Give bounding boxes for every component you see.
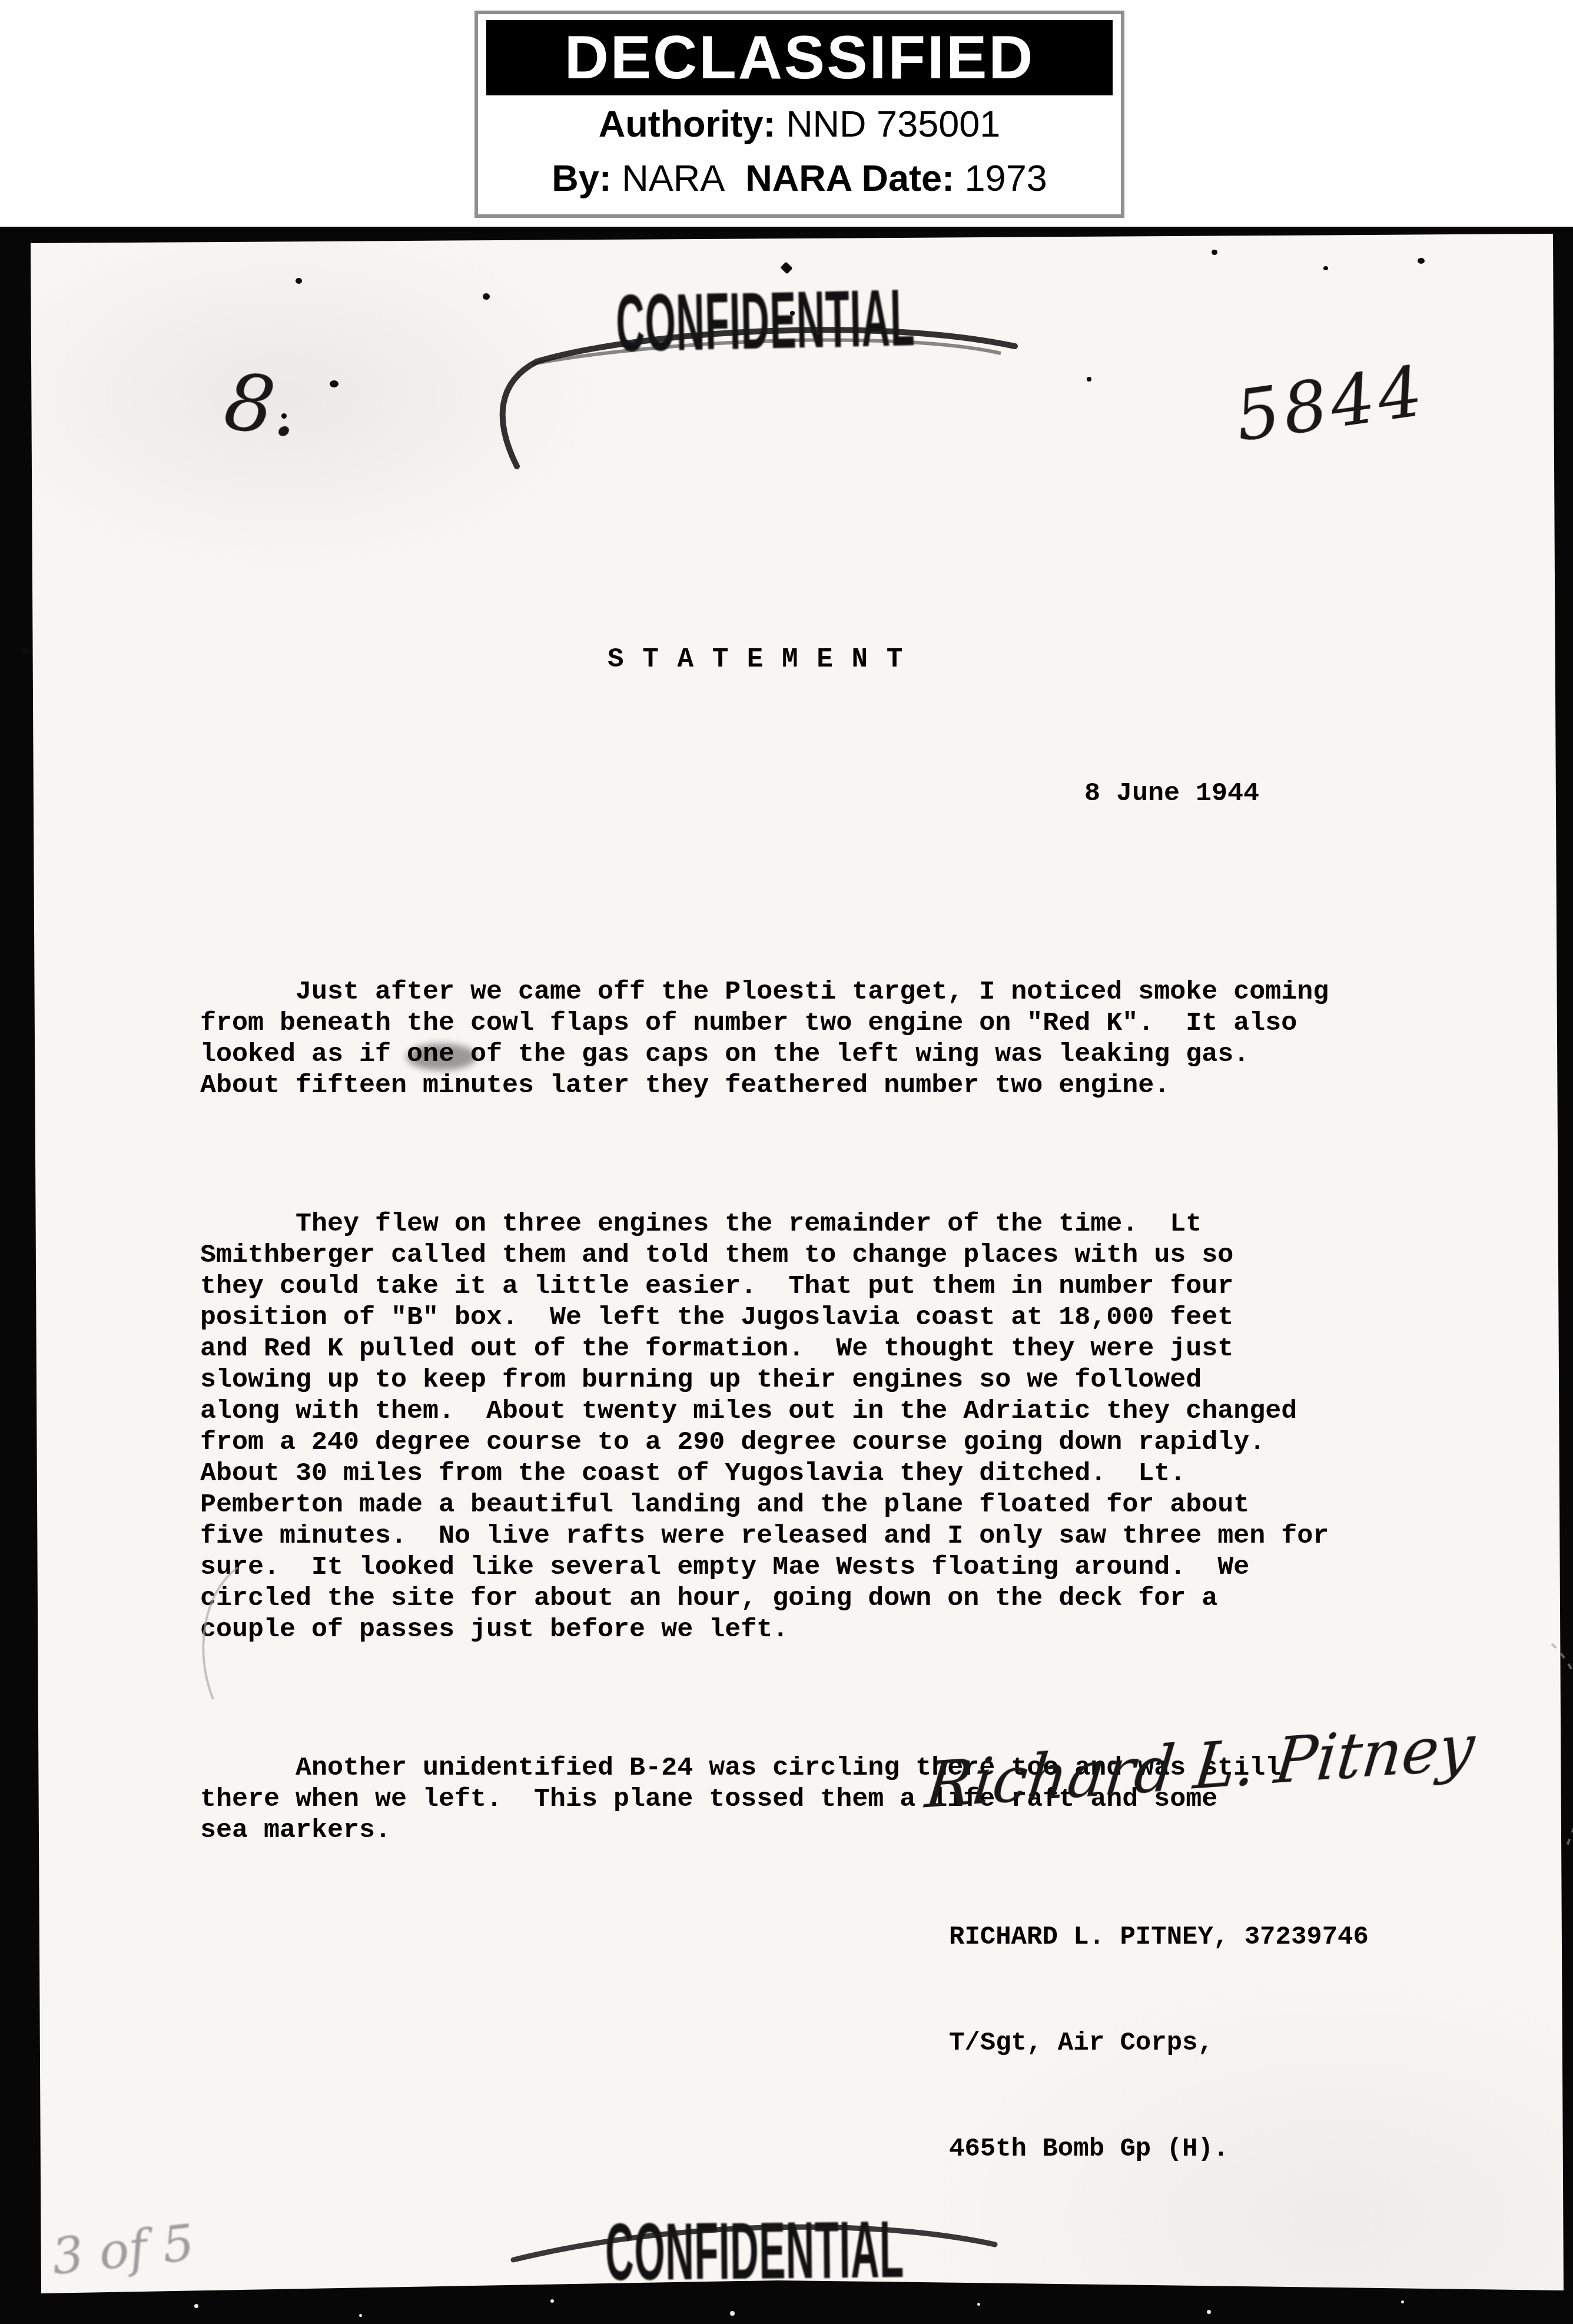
declassified-banner: DECLASSIFIED Authority: NND 735001 By: N…	[474, 11, 1124, 218]
authority-line: Authority: NND 735001	[486, 99, 1113, 150]
pencil-curve-left	[203, 1567, 238, 1699]
pencil-curve-right	[1552, 1644, 1573, 1845]
strike-line-top	[503, 330, 1015, 466]
authority-label: Authority:	[599, 104, 776, 145]
declassified-title: DECLASSIFIED	[486, 20, 1113, 95]
strike-line-bottom	[513, 2227, 995, 2260]
strike-line-top-echo	[533, 340, 1001, 364]
by-line: By: NARA NARA Date: 1973	[486, 153, 1113, 204]
nara-date-value: 1973	[965, 158, 1047, 199]
by-label: By:	[552, 158, 612, 199]
declassified-title-text: DECLASSIFIED	[565, 24, 1035, 92]
by-value: NARA	[622, 158, 725, 199]
nara-date-label: NARA Date:	[745, 158, 954, 199]
authority-value: NND 735001	[786, 104, 1000, 145]
pen-marks-overlay	[0, 0, 1573, 2324]
